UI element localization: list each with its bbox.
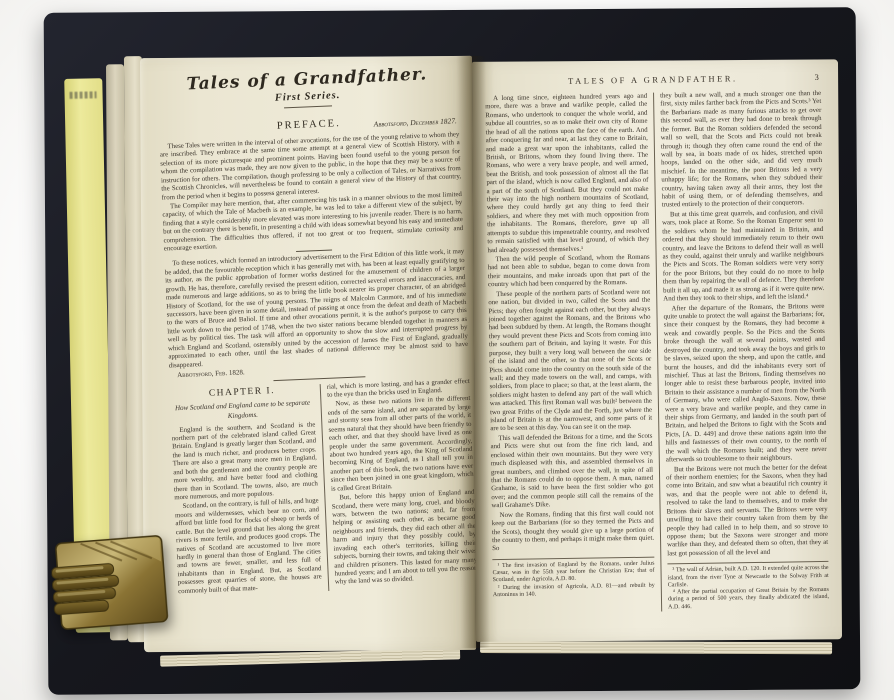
edge-stamp-marks [69, 91, 96, 99]
running-header: TALES OF A GRANDFATHER. [568, 73, 738, 86]
preface-heading: PREFACE. [277, 118, 341, 132]
left-page-column-2: rial, which is more lasting, and has a g… [320, 378, 476, 591]
preface-paragraph: To these notices, which formed an introd… [164, 248, 468, 370]
body-paragraph: Now, as these two nations live in the di… [327, 395, 474, 494]
body-paragraph: A long time since, eighteen hundred year… [485, 93, 649, 256]
body-paragraph: But at this time great quarrels, and con… [662, 209, 824, 304]
page-number: 3 [814, 72, 818, 82]
body-paragraph: This wall defended the Britons for a tim… [490, 433, 653, 511]
body-paragraph: These people of the northern parts of Sc… [488, 288, 652, 434]
left-page-column-1: CHAPTER I. How Scotland and England came… [170, 384, 329, 597]
right-page-column-1: A long time since, eighteen hundred year… [485, 93, 661, 615]
photo-background: Tales of a Grandfather. First Series. PR… [0, 0, 894, 700]
footnote: ⁴ After the partial occupation of Great … [668, 587, 829, 611]
brass-hand-clip [51, 532, 174, 633]
body-paragraph: Scotland, on the contrary, is full of hi… [175, 498, 323, 597]
footnotes: ³ The wall of Adrian, built A.D. 120. It… [667, 561, 829, 611]
body-paragraph: But, before this happy union of England … [331, 489, 476, 588]
footnote: ³ The wall of Adrian, built A.D. 120. It… [667, 565, 828, 589]
body-paragraph: Then the wild people of Scotland, whom t… [488, 254, 651, 290]
preface-paragraph: These Tales were written in the interval… [159, 131, 461, 202]
right-page-columns: A long time since, eighteen hundred year… [485, 90, 829, 614]
body-paragraph: Now the Romans, finding that this first … [492, 509, 655, 554]
section-rule [273, 376, 365, 381]
right-page: TALES OF A GRANDFATHER. 3 A long time si… [472, 59, 842, 642]
preface-text: These Tales were written in the interval… [159, 131, 469, 380]
footnote: ² During the invasion of Agricola, A.D. … [493, 582, 655, 599]
section-rule [296, 250, 332, 253]
right-page-column-2: they built a new wall, and a much strong… [653, 90, 829, 612]
footnote: ¹ The first invasion of England by the R… [492, 560, 654, 584]
body-paragraph: they built a new wall, and a much strong… [660, 90, 823, 210]
page-bottom-edge [480, 641, 832, 654]
chapter-subtitle: How Scotland and England came to be sepa… [170, 399, 315, 423]
chapter-columns: CHAPTER I. How Scotland and England came… [170, 378, 476, 598]
book-cover: Tales of a Grandfather. First Series. PR… [44, 7, 861, 695]
preface-dateline: Abbotsford, December 1827. [374, 116, 457, 128]
left-page: Tales of a Grandfather. First Series. PR… [140, 56, 476, 652]
title-rule [284, 105, 332, 108]
body-paragraph: But the Britons were not much the better… [666, 463, 828, 558]
footnotes: ¹ The first invasion of England by the R… [492, 556, 655, 599]
body-paragraph: England is the southern, and Scotland is… [171, 421, 318, 503]
body-paragraph: After the departure of the Romans, the B… [663, 302, 826, 465]
